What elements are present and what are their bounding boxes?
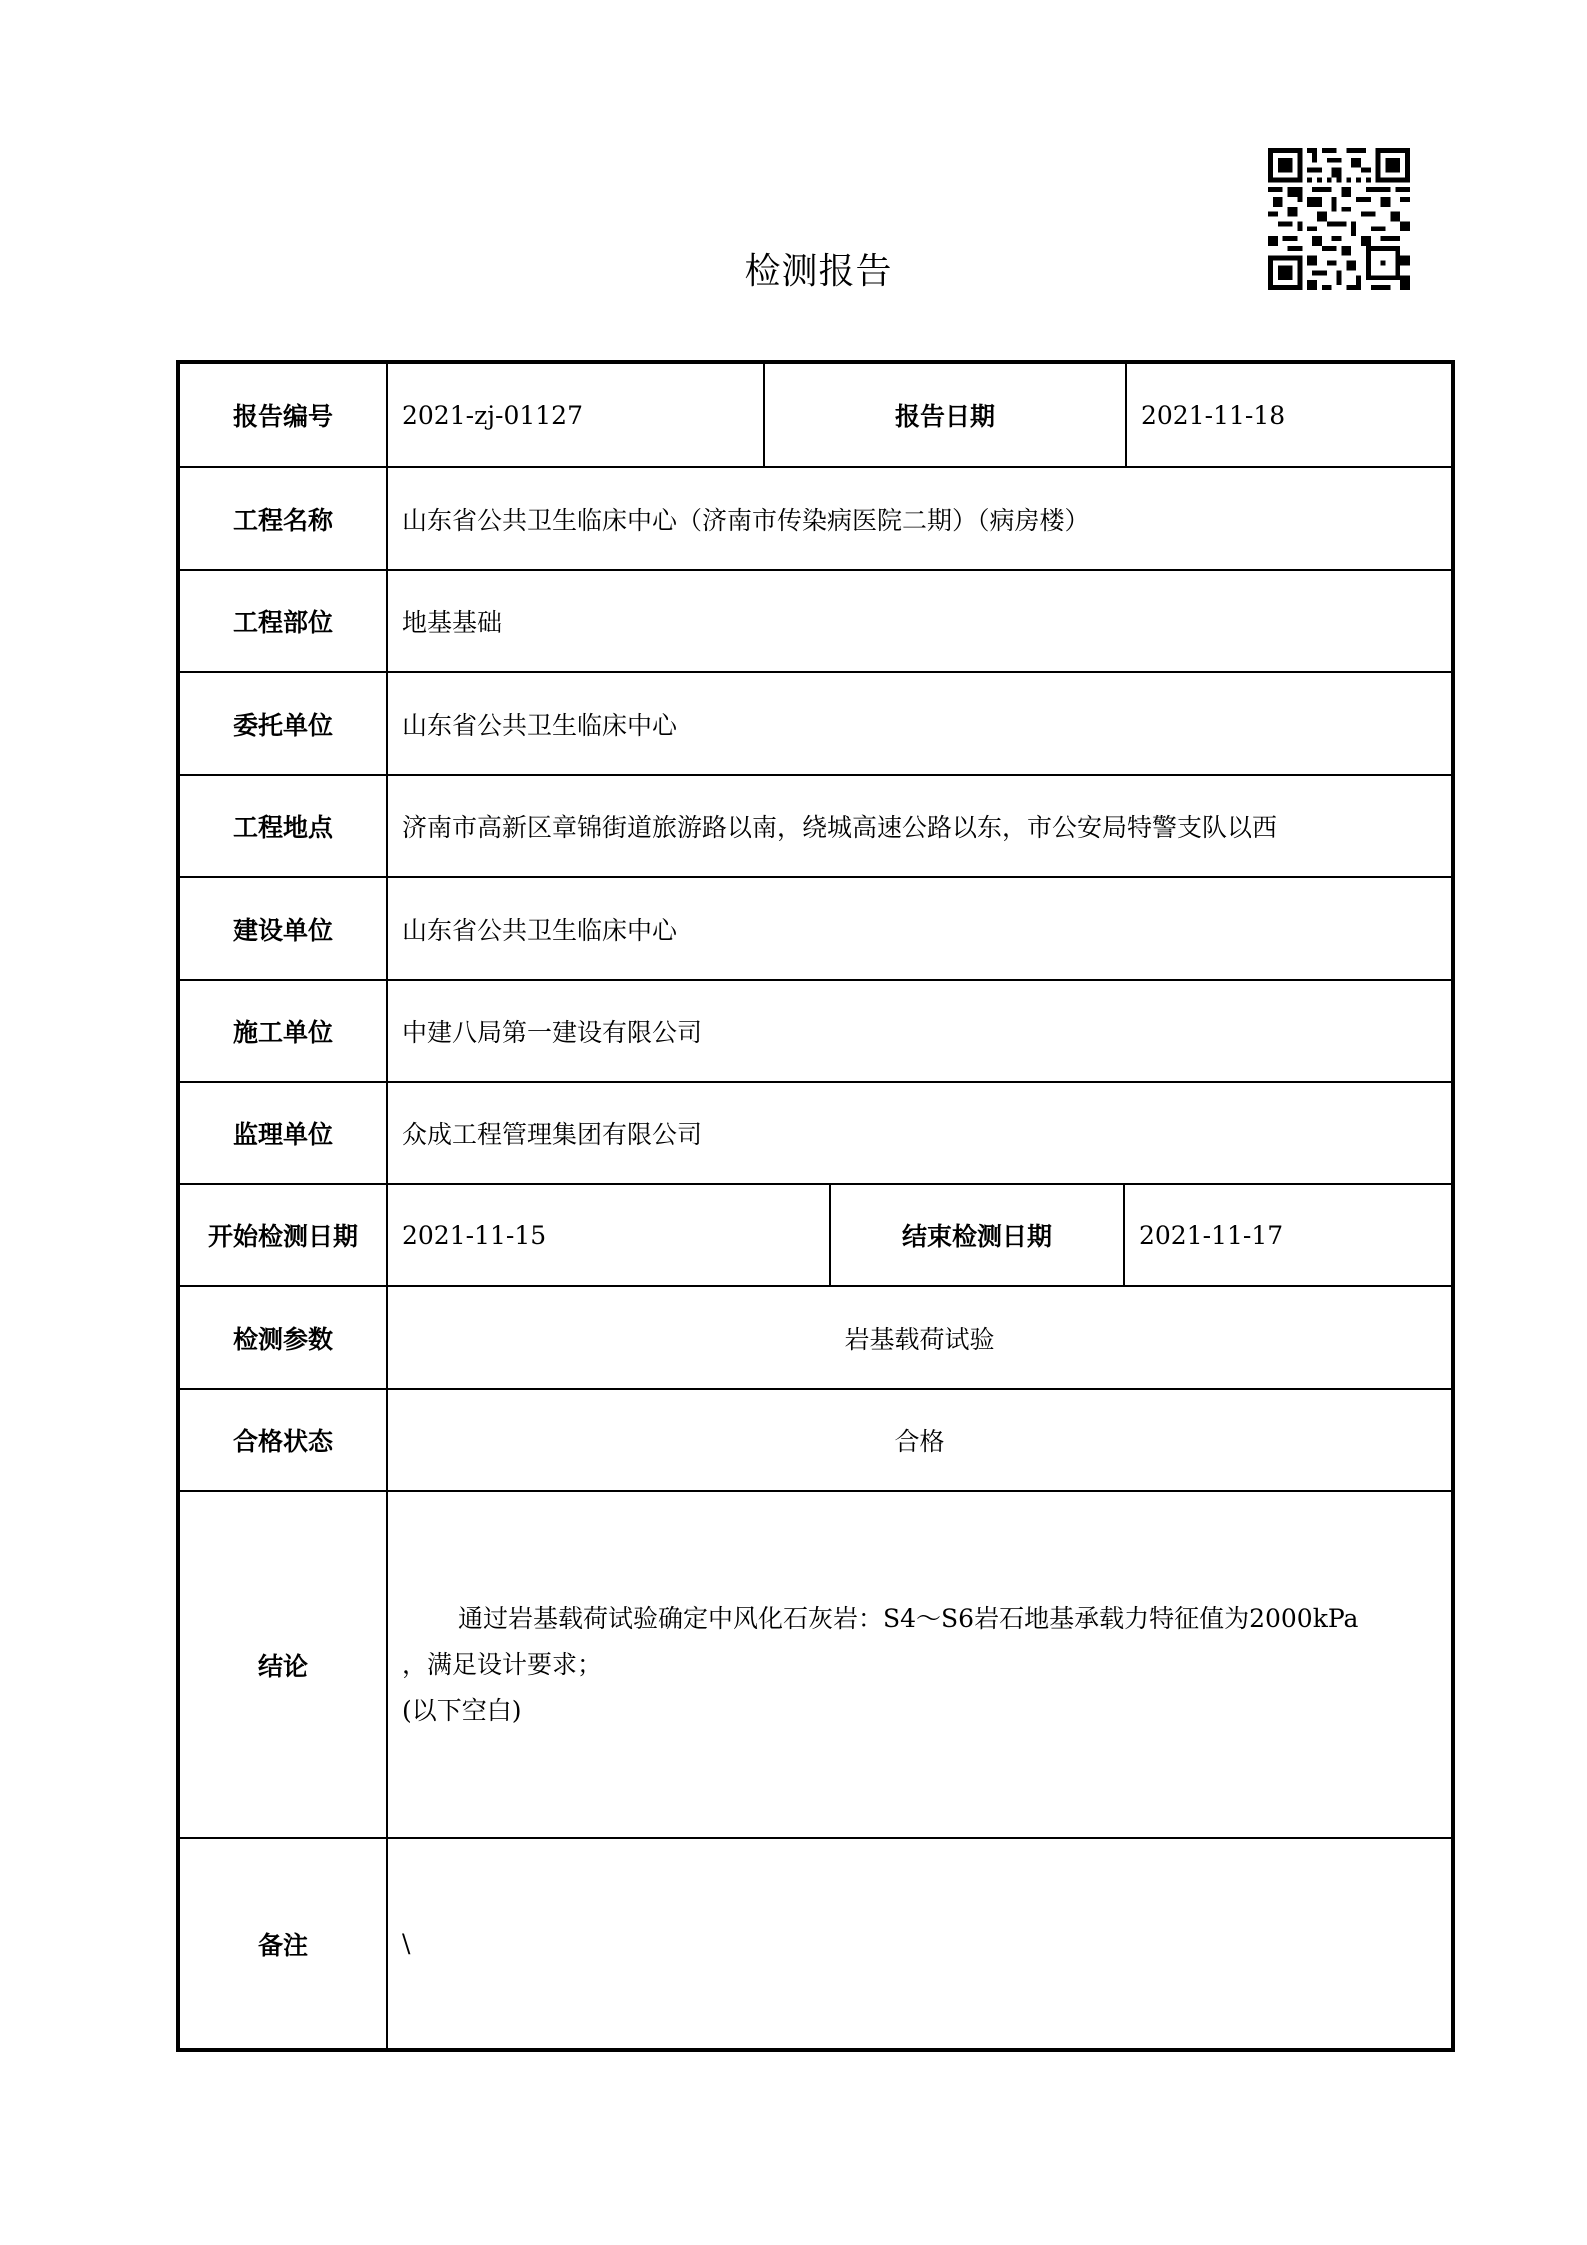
row-project-location: 工程地点 济南市高新区章锦街道旅游路以南，绕城高速公路以东，市公安局特警支队以西 xyxy=(180,776,1451,878)
row-test-dates: 开始检测日期 2021-11-15 结束检测日期 2021-11-17 xyxy=(180,1185,1451,1287)
value-test-parameter: 岩基载荷试验 xyxy=(386,1287,1451,1388)
value-report-number: 2021-zj-01127 xyxy=(386,364,763,466)
value-supervisor: 众成工程管理集团有限公司 xyxy=(386,1083,1451,1183)
value-start-date: 2021-11-15 xyxy=(386,1185,829,1285)
row-qualification-status: 合格状态 合格 xyxy=(180,1390,1451,1492)
row-report-number: 报告编号 2021-zj-01127 报告日期 2021-11-18 xyxy=(180,364,1451,468)
label-contractor: 施工单位 xyxy=(180,981,386,1081)
row-contractor: 施工单位 中建八局第一建设有限公司 xyxy=(180,981,1451,1083)
label-supervisor: 监理单位 xyxy=(180,1083,386,1183)
value-contractor: 中建八局第一建设有限公司 xyxy=(386,981,1451,1081)
label-qualification-status: 合格状态 xyxy=(180,1390,386,1490)
label-end-date: 结束检测日期 xyxy=(829,1185,1123,1285)
value-project-location: 济南市高新区章锦街道旅游路以南，绕城高速公路以东，市公安局特警支队以西 xyxy=(386,776,1451,876)
row-conclusion: 结论 通过岩基载荷试验确定中风化石灰岩：S4～S6岩石地基承载力特征值为2000… xyxy=(180,1492,1451,1839)
page-title: 检测报告 xyxy=(0,243,1587,294)
label-construction-owner: 建设单位 xyxy=(180,878,386,979)
value-project-name: 山东省公共卫生临床中心（济南市传染病医院二期）（病房楼） xyxy=(386,468,1451,569)
label-report-date: 报告日期 xyxy=(763,364,1125,466)
value-end-date: 2021-11-17 xyxy=(1123,1185,1451,1285)
label-report-number: 报告编号 xyxy=(180,364,386,466)
row-test-parameter: 检测参数 岩基载荷试验 xyxy=(180,1287,1451,1390)
row-supervisor: 监理单位 众成工程管理集团有限公司 xyxy=(180,1083,1451,1185)
label-conclusion: 结论 xyxy=(180,1492,386,1837)
label-client: 委托单位 xyxy=(180,673,386,774)
conclusion-line-1: 通过岩基载荷试验确定中风化石灰岩：S4～S6岩石地基承载力特征值为2000kPa xyxy=(402,1596,1439,1642)
row-client: 委托单位 山东省公共卫生临床中心 xyxy=(180,673,1451,776)
row-project-name: 工程名称 山东省公共卫生临床中心（济南市传染病医院二期）（病房楼） xyxy=(180,468,1451,571)
value-remarks: \ xyxy=(386,1839,1451,2048)
conclusion-line-2: ，满足设计要求； xyxy=(402,1642,1439,1688)
value-conclusion: 通过岩基载荷试验确定中风化石灰岩：S4～S6岩石地基承载力特征值为2000kPa… xyxy=(386,1492,1451,1837)
label-project-location: 工程地点 xyxy=(180,776,386,876)
label-project-part: 工程部位 xyxy=(180,571,386,671)
row-remarks: 备注 \ xyxy=(180,1839,1451,2048)
report-table: 报告编号 2021-zj-01127 报告日期 2021-11-18 工程名称 … xyxy=(176,360,1455,2052)
row-construction-owner: 建设单位 山东省公共卫生临床中心 xyxy=(180,878,1451,981)
conclusion-line-3: (以下空白) xyxy=(402,1688,1439,1734)
value-client: 山东省公共卫生临床中心 xyxy=(386,673,1451,774)
value-report-date: 2021-11-18 xyxy=(1125,364,1451,466)
label-start-date: 开始检测日期 xyxy=(180,1185,386,1285)
label-test-parameter: 检测参数 xyxy=(180,1287,386,1388)
value-construction-owner: 山东省公共卫生临床中心 xyxy=(386,878,1451,979)
label-remarks: 备注 xyxy=(180,1839,386,2048)
row-project-part: 工程部位 地基基础 xyxy=(180,571,1451,673)
value-project-part: 地基基础 xyxy=(386,571,1451,671)
label-project-name: 工程名称 xyxy=(180,468,386,569)
value-qualification-status: 合格 xyxy=(386,1390,1451,1490)
